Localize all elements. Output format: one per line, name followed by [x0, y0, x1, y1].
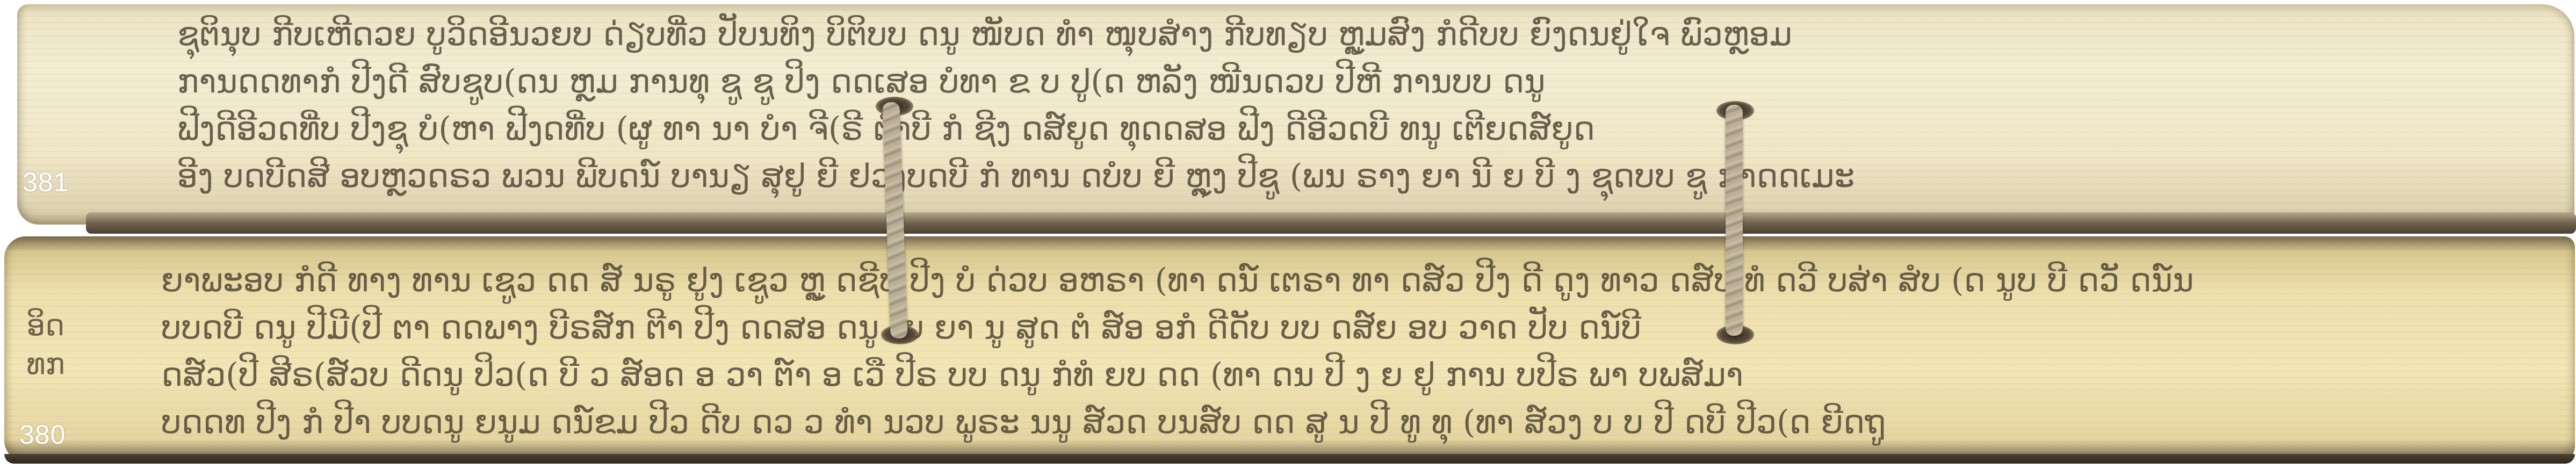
leaf-381-line-3: ຟີງດີອີວດທີ່ບ ປີງຊຸ ບໍ(ຫາ ຟີງດທີ່ບ (ຜູ ທ… — [177, 105, 1855, 153]
page-number-380: 380 — [19, 419, 66, 450]
leaf-381-lower-edge — [86, 212, 2576, 234]
leaf-380-line-4: ບດດທ ປີງ ກໍ ປີາ ບບດນູ ຍນູມ ດນ໌ຂມ ປີວ ດີບ… — [161, 399, 2194, 446]
manuscript-photo: ຊຸຕິນຸບ ກີບເຫີດວຍ ບູວິດອີນວຍບ ດ່ຽບທີ່ວ ປ… — [0, 0, 2576, 469]
binding-cord-right — [1726, 105, 1743, 336]
leaf-380-text: ຍາພະອບ ກໍດີ ທາງ ທານ ເຊູວ ດດ ສ໌ ນຣູ ຢູງ ເ… — [161, 257, 2194, 446]
leaf-380-lower-edge — [4, 454, 2575, 464]
leaf-381-line-1: ຊຸຕິນຸບ ກີບເຫີດວຍ ບູວິດອີນວຍບ ດ່ຽບທີ່ວ ປ… — [177, 11, 1855, 58]
leaf-381-line-2: ການດດທາກໍ ປີງດີ ສົບຊູບ(ດນ ຫຼມ ການທຸ ຊູ ຊ… — [177, 58, 1855, 105]
leaf-381-line-4: ອີງ ບດບີດສີ ອບຫຼວດຣວ ພວນ ພີບດນ໌ ບານຽ ສຸຢ… — [177, 153, 1855, 200]
page-number-381: 381 — [23, 167, 69, 198]
leaf-381-text: ຊຸຕິນຸບ ກີບເຫີດວຍ ບູວິດອີນວຍບ ດ່ຽບທີ່ວ ປ… — [177, 11, 1855, 200]
leaf-380-line-3: ດສ໌ວ(ປີ ສີຣ(ສ໌ວບ ດີດນູ ປິວ(ດ ບີ ວ ສ໌ອດ ອ… — [161, 351, 2194, 399]
leaf-380-line-1: ຍາພະອບ ກໍດີ ທາງ ທານ ເຊູວ ດດ ສ໌ ນຣູ ຢູງ ເ… — [161, 257, 2194, 304]
leaf-380-line-2: ບບດບີ ດນູ ປີມີ(ປີ ຕາ ດດພາງ ບີຣສ໌ກ ຕີາ ປີ… — [161, 304, 2194, 351]
leaf-380-margin-label: ອິດ ທກ — [13, 306, 78, 384]
